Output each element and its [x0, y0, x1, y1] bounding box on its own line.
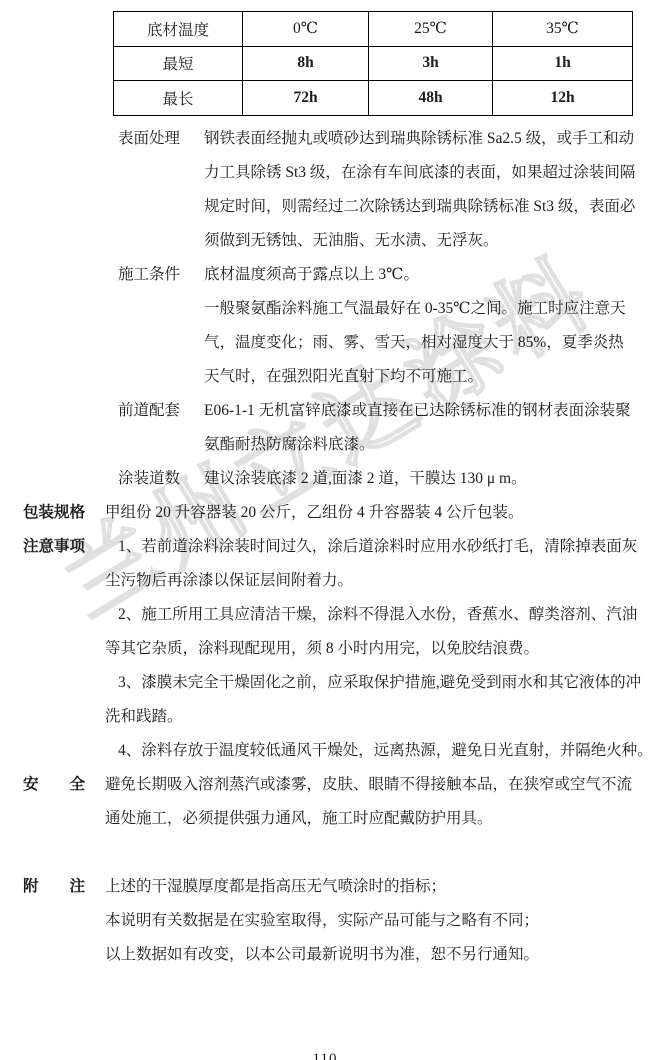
section-safety: 安 全避免长期吸入溶剂蒸汽或漆雾，皮肤、眼睛不得接触本品，在狭窄或空气不流通处施… [0, 768, 650, 836]
row-header-cell: 最短 [114, 46, 243, 81]
section-content: 钢铁表面经抛丸或喷砂达到瑞典除锈标准 Sa2.5 级，或手工和动力工具除锈 St… [204, 122, 646, 258]
paragraph: 一般聚氨酯涂料施工气温最好在 0-35℃之间。施工时应注意天气，温度变化；雨、雾… [204, 292, 646, 394]
table-row: 最长72h48h12h [114, 81, 633, 116]
value-cell: 3h [369, 46, 493, 81]
section-coating-passes: 涂装道数建议涂装底漆 2 道,面漆 2 道，干膜达 130 μ m。 [0, 462, 650, 496]
paragraph: 4、涂料存放于温度较低通风干燥处，远离热源，避免日光直射，并隔绝火种。 [105, 734, 646, 768]
paragraph: 钢铁表面经抛丸或喷砂达到瑞典除锈标准 Sa2.5 级，或手工和动力工具除锈 St… [204, 122, 646, 258]
section-label: 前道配套 [118, 394, 180, 428]
value-cell: 1h [493, 46, 633, 81]
text-line: 一般聚氨酯涂料施工气温最好在 0-35℃之间。施工时应注意天 [204, 292, 646, 326]
recoat-interval-table-body: 底材温度0℃25℃35℃最短8h3h1h最长72h48h12h [114, 12, 633, 116]
paragraph: 本说明有关数据是在实验室取得，实际产品可能与之略有不同； [105, 904, 646, 938]
section-label: 表面处理 [118, 122, 180, 156]
section-content: 底材温度须高于露点以上 3℃。一般聚氨酯涂料施工气温最好在 0-35℃之间。施工… [204, 258, 646, 394]
paragraph: 避免长期吸入溶剂蒸汽或漆雾，皮肤、眼睛不得接触本品，在狭窄或空气不流通处施工，必… [105, 768, 646, 836]
section-preceding-coat: 前道配套E06-1-1 无机富锌底漆或直接在已达除锈标准的钢材表面涂装聚氨酯耐热… [0, 394, 650, 462]
document-page: 兰州立达涂料 底材温度0℃25℃35℃最短8h3h1h最长72h48h12h 表… [0, 0, 650, 1060]
text-line: 力工具除锈 St3 级，在涂有车间底漆的表面，如果超过涂装间隔 [204, 156, 646, 190]
value-cell: 12h [493, 81, 633, 116]
value-cell: 48h [369, 81, 493, 116]
text-line: 本说明有关数据是在实验室取得，实际产品可能与之略有不同； [105, 904, 646, 938]
page-number: 110 [0, 1051, 650, 1060]
text-line: 等其它杂质，涂料现配现用，须 8 小时内用完，以免胶结浪费。 [105, 632, 646, 666]
text-line: 4、涂料存放于温度较低通风干燥处，远离热源，避免日光直射，并隔绝火种。 [105, 734, 646, 768]
section-content: E06-1-1 无机富锌底漆或直接在已达除锈标准的钢材表面涂装聚氨酯耐热防腐涂料… [204, 394, 646, 462]
paragraph: 上述的干湿膜厚度都是指高压无气喷涂时的指标； [105, 870, 646, 904]
section-content: 1、若前道涂料涂装时间过久，涂后道涂料时应用水砂纸打毛，清除掉表面灰尘污物后再涂… [105, 530, 646, 768]
text-line: 气，温度变化；雨、雾、雪天，相对湿度大于 85%，夏季炎热 [204, 326, 646, 360]
table-row: 最短8h3h1h [114, 46, 633, 81]
text-line: 钢铁表面经抛丸或喷砂达到瑞典除锈标准 Sa2.5 级，或手工和动 [204, 122, 646, 156]
paragraph: E06-1-1 无机富锌底漆或直接在已达除锈标准的钢材表面涂装聚氨酯耐热防腐涂料… [204, 394, 646, 462]
section-label: 涂装道数 [118, 462, 180, 496]
document-body: 表面处理钢铁表面经抛丸或喷砂达到瑞典除锈标准 Sa2.5 级，或手工和动力工具除… [0, 122, 650, 972]
text-line: 上述的干湿膜厚度都是指高压无气喷涂时的指标； [105, 870, 646, 904]
text-line: 规定时间，则需经过二次除锈达到瑞典除锈标准 St3 级，表面必 [204, 190, 646, 224]
section-application-conditions: 施工条件底材温度须高于露点以上 3℃。一般聚氨酯涂料施工气温最好在 0-35℃之… [0, 258, 650, 394]
section-remarks: 附 注上述的干湿膜厚度都是指高压无气喷涂时的指标；本说明有关数据是在实验室取得，… [0, 870, 650, 972]
recoat-interval-table: 底材温度0℃25℃35℃最短8h3h1h最长72h48h12h [113, 11, 633, 116]
section-label: 安 全 [23, 768, 85, 802]
paragraph: 以上数据如有改变，以本公司最新说明书为准，恕不另行通知。 [105, 938, 646, 972]
paragraph: 1、若前道涂料涂装时间过久，涂后道涂料时应用水砂纸打毛，清除掉表面灰尘污物后再涂… [105, 530, 646, 598]
text-line: 须做到无锈蚀、无油脂、无水渍、无浮灰。 [204, 224, 646, 258]
text-line: 底材温度须高于露点以上 3℃。 [204, 258, 646, 292]
value-cell: 35℃ [493, 12, 633, 47]
text-line: 甲组份 20 升容器装 20 公斤，乙组份 4 升容器装 4 公斤包装。 [105, 496, 646, 530]
text-line: 洗和践踏。 [105, 700, 646, 734]
section-content: 避免长期吸入溶剂蒸汽或漆雾，皮肤、眼睛不得接触本品，在狭窄或空气不流通处施工，必… [105, 768, 646, 836]
text-line: E06-1-1 无机富锌底漆或直接在已达除锈标准的钢材表面涂装聚 [204, 394, 646, 428]
section-label: 包装规格 [23, 496, 85, 530]
section-precautions: 注意事项1、若前道涂料涂装时间过久，涂后道涂料时应用水砂纸打毛，清除掉表面灰尘污… [0, 530, 650, 768]
table-row: 底材温度0℃25℃35℃ [114, 12, 633, 47]
text-line: 天气时，在强烈阳光直射下均不可施工。 [204, 360, 646, 394]
value-cell: 25℃ [369, 12, 493, 47]
section-content: 建议涂装底漆 2 道,面漆 2 道，干膜达 130 μ m。 [204, 462, 646, 496]
text-line: 以上数据如有改变，以本公司最新说明书为准，恕不另行通知。 [105, 938, 646, 972]
text-line: 建议涂装底漆 2 道,面漆 2 道，干膜达 130 μ m。 [204, 462, 646, 496]
text-line: 1、若前道涂料涂装时间过久，涂后道涂料时应用水砂纸打毛，清除掉表面灰 [105, 530, 646, 564]
paragraph: 底材温度须高于露点以上 3℃。 [204, 258, 646, 292]
text-line: 氨酯耐热防腐涂料底漆。 [204, 428, 646, 462]
section-label: 注意事项 [23, 530, 85, 564]
section-label: 施工条件 [118, 258, 180, 292]
row-header-cell: 底材温度 [114, 12, 243, 47]
text-line: 尘污物后再涂漆以保证层间附着力。 [105, 564, 646, 598]
paragraph: 甲组份 20 升容器装 20 公斤，乙组份 4 升容器装 4 公斤包装。 [105, 496, 646, 530]
section-packaging-spec: 包装规格甲组份 20 升容器装 20 公斤，乙组份 4 升容器装 4 公斤包装。 [0, 496, 650, 530]
paragraph: 2、施工所用工具应清洁干燥，涂料不得混入水份，香蕉水、醇类溶剂、汽油等其它杂质，… [105, 598, 646, 666]
value-cell: 0℃ [243, 12, 369, 47]
section-label: 附 注 [23, 870, 85, 904]
paragraph: 3、漆膜未完全干燥固化之前，应采取保护措施,避免受到雨水和其它液体的冲洗和践踏。 [105, 666, 646, 734]
value-cell: 72h [243, 81, 369, 116]
text-line: 2、施工所用工具应清洁干燥，涂料不得混入水份，香蕉水、醇类溶剂、汽油 [105, 598, 646, 632]
value-cell: 8h [243, 46, 369, 81]
section-surface-treatment: 表面处理钢铁表面经抛丸或喷砂达到瑞典除锈标准 Sa2.5 级，或手工和动力工具除… [0, 122, 650, 258]
section-content: 上述的干湿膜厚度都是指高压无气喷涂时的指标；本说明有关数据是在实验室取得，实际产… [105, 870, 646, 972]
paragraph: 建议涂装底漆 2 道,面漆 2 道，干膜达 130 μ m。 [204, 462, 646, 496]
section-content: 甲组份 20 升容器装 20 公斤，乙组份 4 升容器装 4 公斤包装。 [105, 496, 646, 530]
text-line: 避免长期吸入溶剂蒸汽或漆雾，皮肤、眼睛不得接触本品，在狭窄或空气不流 [105, 768, 646, 802]
row-header-cell: 最长 [114, 81, 243, 116]
text-line: 通处施工，必须提供强力通风，施工时应配戴防护用具。 [105, 802, 646, 836]
text-line: 3、漆膜未完全干燥固化之前，应采取保护措施,避免受到雨水和其它液体的冲 [105, 666, 646, 700]
